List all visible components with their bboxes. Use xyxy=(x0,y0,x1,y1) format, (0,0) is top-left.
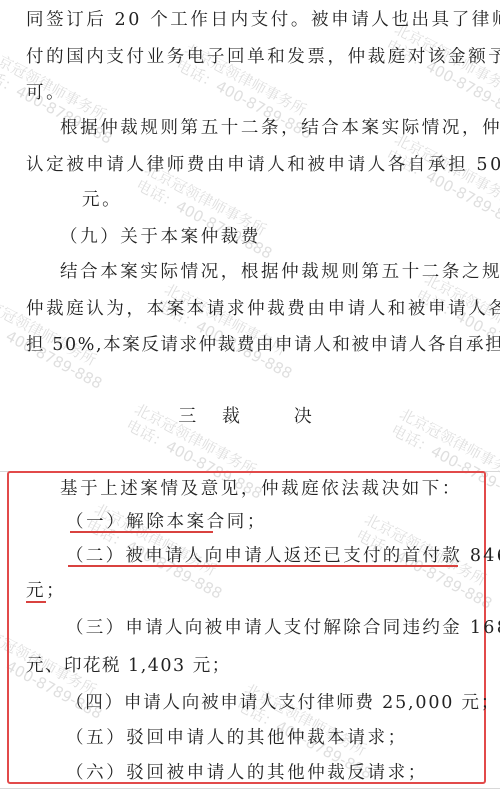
text-line: 同签订后 20 个工作日内支付。被申请人也出具了律师费支 xyxy=(26,10,500,30)
ruling-item-2: （二）被申请人向申请人返还已支付的首付款 846,000 xyxy=(66,546,500,566)
watermark: 北京冠领律师事务所电话：400-8789-888 xyxy=(413,270,500,373)
text-line: 仲裁庭认为，本案本请求仲裁费由申请人和被申请人各自承 xyxy=(26,299,500,319)
divider xyxy=(0,788,500,789)
watermark: 北京冠领律师事务所电话：400-8789-888 xyxy=(383,130,500,233)
text-line: 认定被申请人律师费由申请人和被申请人各自承担 50%，即 xyxy=(26,155,500,175)
ruling-item-2-cont: 元； xyxy=(26,581,66,601)
watermark: 北京冠领律师事务所电话：400-8789-888 xyxy=(383,20,500,123)
text-line: 根据仲裁规则第五十二条，结合本案实际情况，仲裁庭 xyxy=(60,118,500,138)
text-line: 可。 xyxy=(26,83,66,103)
section-heading: （九）关于本案仲裁费 xyxy=(60,227,261,247)
text-line: 付的国内支付业务电子回单和发票，仲裁庭对该金额予以认 xyxy=(26,47,500,67)
ruling-item-5: （五）驳回申请人的其他仲裁本请求； xyxy=(66,728,408,748)
ruling-item-4: （四）申请人向被申请人支付律师费 25,000 元； xyxy=(66,693,500,713)
text-line: 结合本案实际情况，根据仲裁规则第五十二条之规定， xyxy=(60,262,500,282)
text-line: 担 50%,本案反请求仲裁费由申请人和被申请人各自承担 50%。 xyxy=(26,335,500,355)
underline-mark xyxy=(68,565,458,567)
underline-mark xyxy=(70,531,213,533)
ruling-item-6: （六）驳回被申请人的其他仲裁反请求； xyxy=(66,763,428,783)
text-line: 元。 xyxy=(82,190,122,210)
ruling-item-3-cont: 元、印花税 1,403 元； xyxy=(26,656,231,676)
ruling-title: 三 裁 决 xyxy=(0,407,500,427)
watermark: 北京冠领律师事务所电话：400-8789-888 xyxy=(153,280,303,383)
underline-mark xyxy=(26,601,46,603)
ruling-item-1: （一）解除本案合同； xyxy=(66,512,267,532)
ruling-item-3: （三）申请人向被申请人支付解除合同违约金 168,360 xyxy=(66,618,500,638)
document-page: 北京冠领律师事务所电话：400-8789-888 北京冠领律师事务所电话：400… xyxy=(0,0,500,800)
watermark: 北京冠领律师事务所电话：400-8789-888 xyxy=(133,160,283,263)
ruling-intro: 基于上述案情及意见，仲裁庭依法裁决如下： xyxy=(60,479,462,499)
